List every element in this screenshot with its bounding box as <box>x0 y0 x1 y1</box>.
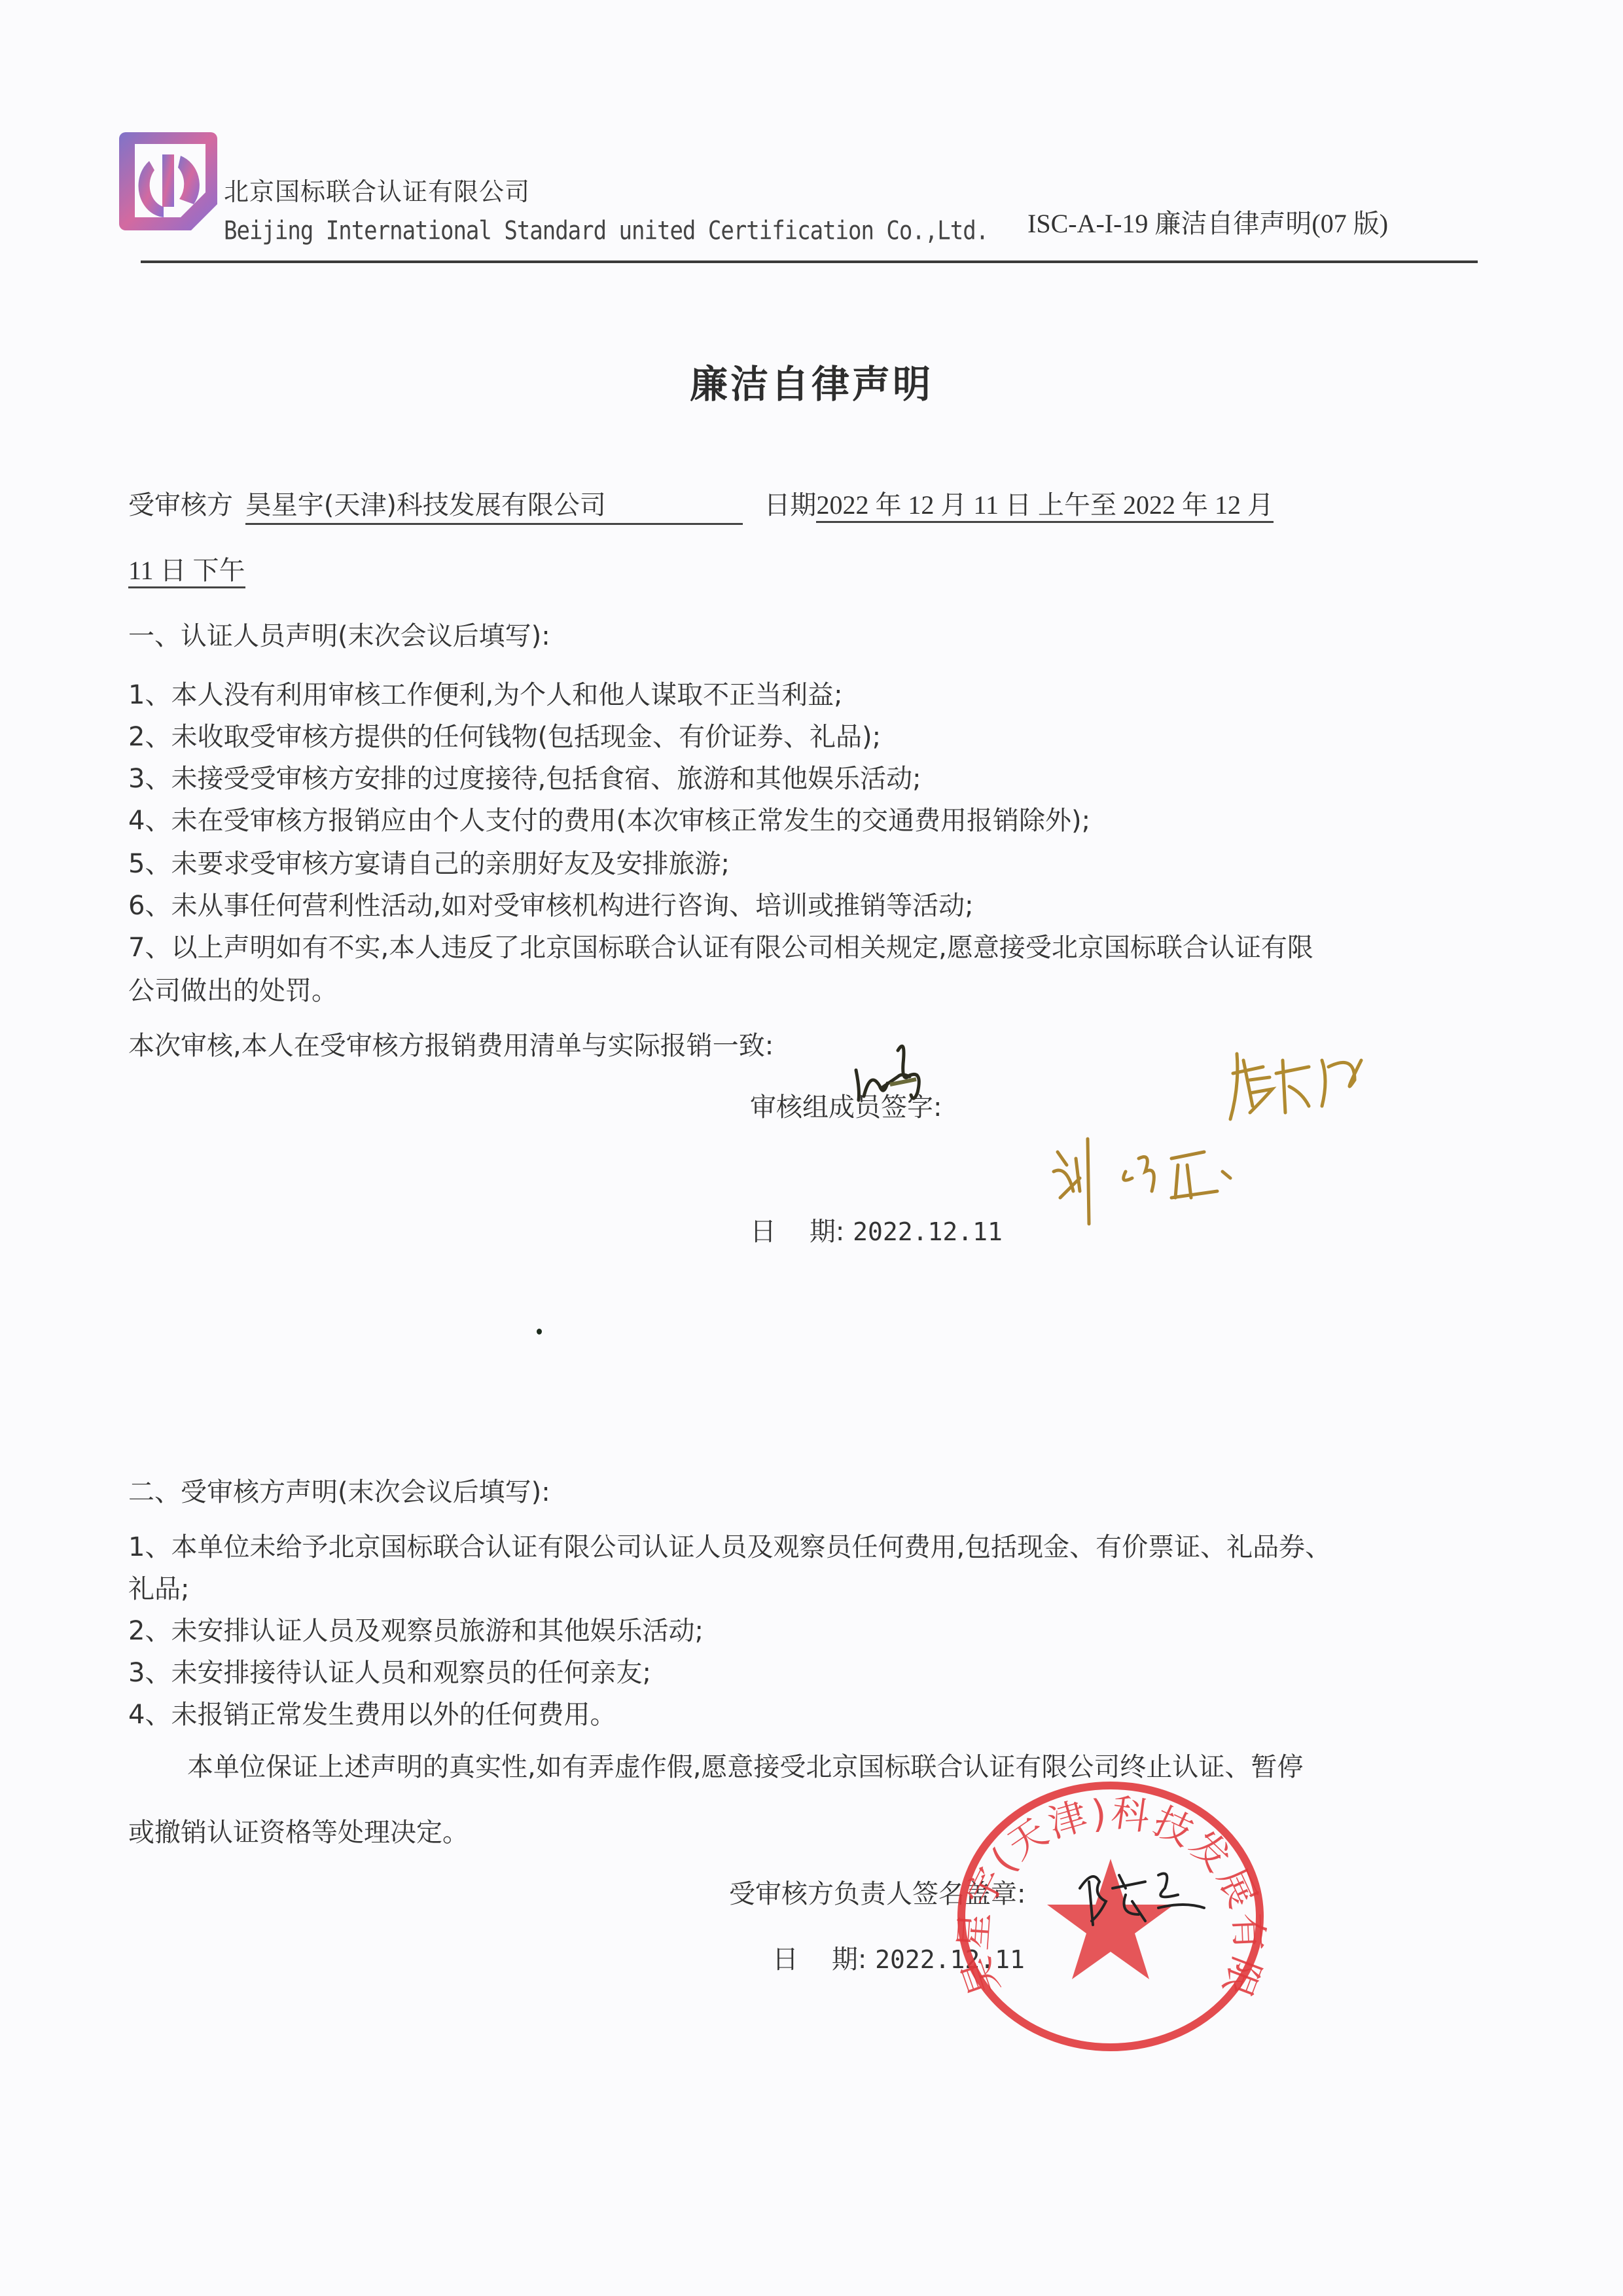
audit-info-line1: 受审核方 昊星宇(天津)科技发展有限公司 日期2022 年 12 月 11 日 … <box>128 484 1274 525</box>
section1-item-6: 6、未从事任何营利性活动,如对受审核机构进行咨询、培训或推销等活动; <box>128 885 974 922</box>
section1-item-5: 5、未要求受审核方宴请自己的亲朋好友及安排旅游; <box>128 843 730 880</box>
handwritten-signature-icon <box>1224 1041 1381 1126</box>
handwritten-signature-icon <box>851 1037 995 1116</box>
expense-statement: 本次审核,本人在受审核方报销费用清单与实际报销一致: <box>128 1025 774 1062</box>
date-value-line1: 2022 年 12 月 11 日 上午至 2022 年 12 月 <box>816 490 1274 523</box>
auditee-label: 受审核方 <box>128 490 233 520</box>
section1-item-3: 3、未接受受审核方安排的过度接待,包括食宿、旅游和其他娱乐活动; <box>128 758 921 795</box>
section1-date-row: 日 期: 2022.12.11 <box>750 1211 1003 1248</box>
guarantee-line-2: 或撤销认证资格等处理决定。 <box>128 1812 469 1849</box>
isc-logo-icon <box>116 130 220 233</box>
section2-item-3: 3、未安排接待认证人员和观察员的任何亲友; <box>128 1652 651 1689</box>
date-value-line2: 11 日 下午 <box>128 556 245 588</box>
handwritten-signature-icon <box>1047 1126 1257 1230</box>
page-title: 廉洁自律声明 <box>0 353 1623 408</box>
auditee-value: 昊星宇(天津)科技发展有限公司 <box>245 484 743 525</box>
section2-item-1: 1、本单位未给予北京国标联合认证有限公司认证人员及观察员任何费用,包括现金、有价… <box>128 1526 1331 1564</box>
section1-item-4: 4、未在受审核方报销应由个人支付的费用(本次审核正常发生的交通费用报销除外); <box>128 800 1090 837</box>
scan-speck <box>537 1329 542 1335</box>
section2-item-4: 4、未报销正常发生费用以外的任何费用。 <box>128 1694 616 1731</box>
guarantee-line-1: 本单位保证上述声明的真实性,如有弄虚作假,愿意接受北京国标联合认证有限公司终止认… <box>187 1746 1303 1784</box>
section1-heading: 一、认证人员声明(末次会议后填写): <box>128 615 550 653</box>
company-name-cn: 北京国标联合认证有限公司 <box>224 171 530 207</box>
section1-date-label: 日 期: <box>750 1217 844 1247</box>
handwritten-signature-icon <box>1073 1862 1217 1928</box>
header-divider <box>141 260 1478 263</box>
section2-item-1-cont: 礼品; <box>128 1568 189 1605</box>
section1-item-2: 2、未收取受审核方提供的任何钱物(包括现金、有价证券、礼品); <box>128 716 881 753</box>
section2-item-2: 2、未安排认证人员及观察员旅游和其他娱乐活动; <box>128 1610 704 1647</box>
form-code: ISC-A-I-19 廉洁自律声明(07 版) <box>1027 203 1388 240</box>
section2-date-label: 日 期: <box>772 1945 866 1975</box>
company-name-en: Beijing International Standard united Ce… <box>224 216 988 246</box>
section1-date-value: 2022.12.11 <box>853 1217 1003 1246</box>
section1-item-1: 1、本人没有利用审核工作便利,为个人和他人谋取不正当利益; <box>128 674 843 711</box>
audit-info-line2: 11 日 下午 <box>128 550 245 587</box>
date-label: 日期 <box>764 490 816 520</box>
section1-item-7-cont: 公司做出的处罚。 <box>128 970 338 1007</box>
section2-heading: 二、受审核方声明(末次会议后填写): <box>128 1471 550 1509</box>
section1-item-7: 7、以上声明如有不实,本人违反了北京国标联合认证有限公司相关规定,愿意接受北京国… <box>128 927 1313 964</box>
